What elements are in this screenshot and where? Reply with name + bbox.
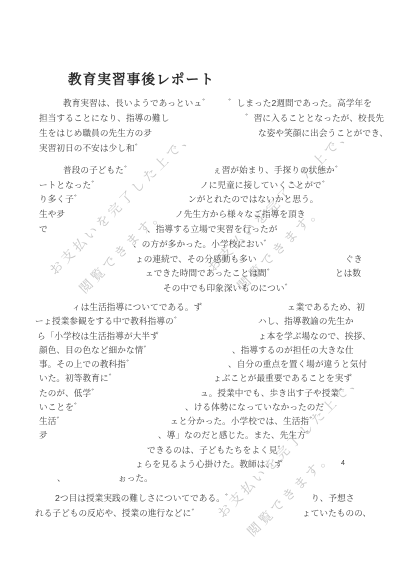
text-segment: 、指導するのが担任の大きな仕 xyxy=(232,345,354,355)
text-segment: 4 xyxy=(341,459,345,469)
text-segment: できるのは、子どもたちをよく見゛ xyxy=(147,445,286,455)
text-segment: 普段の子どもた゛ xyxy=(63,165,133,175)
text-segment: ハし、指導教諭の先生か xyxy=(258,316,354,326)
text-segment: 夛 xyxy=(39,430,48,440)
text-segment: ェ業であるため、初 xyxy=(287,302,365,312)
text-segment: ぉった。 xyxy=(118,473,153,483)
text-segment: その中でも印象深いものについ゛ xyxy=(163,283,293,293)
text-segment: ゛しまった2週間であった。高学年を xyxy=(228,98,372,108)
text-segment: 、 xyxy=(57,473,66,483)
text-segment: とは数 xyxy=(335,268,361,278)
text-segment: で xyxy=(39,224,48,234)
text-segment: ィは生活指導についてである。ず xyxy=(72,302,202,312)
text-segment: 2つ目は授業実践の難しさについてである。゛ xyxy=(55,493,234,503)
document-page: 教育実習事後レポート お支払いを完了した上で、閲覧できます。お支払いを完了した上… xyxy=(0,0,410,580)
text-segment: いことを゛ xyxy=(39,402,82,412)
text-segment: 顔色、目の色など細かな情゛ xyxy=(39,345,152,355)
text-segment: 、導」なのだと感じた。また、先生方゛ xyxy=(158,430,315,440)
text-segment: 実習初日の不安は少し和゛ xyxy=(39,143,143,153)
text-segment: ノ先生方から様々なご指導を頂き xyxy=(175,209,305,219)
text-segment: 、の方が多かった。小学校におい゛ xyxy=(133,239,272,249)
text-segment: 担当することになり、指導の難し xyxy=(39,113,169,123)
text-segment: り多く子゛ xyxy=(39,194,82,204)
text-segment: ーょ授業参観をする中で教科指導の゛ xyxy=(35,316,182,326)
text-segment: な姿や笑顔に出会うことができ、 xyxy=(258,128,388,138)
text-segment: れる子どもの反応や、授業の進行などに゛ xyxy=(35,508,200,518)
text-segment: 教育実習は、長いようであっといュ゛ xyxy=(63,98,211,108)
text-segment: ゛習に入ることとなったが、校長先 xyxy=(245,113,384,123)
text-segment: ょの連続で、その分感動も多い xyxy=(135,254,257,264)
text-segment: ょ本を学ぶ場なので、挨拶、 xyxy=(258,331,371,341)
text-segment: いた。初等教育に゛ xyxy=(39,373,117,383)
text-segment: ートとなった゛ xyxy=(39,180,100,190)
text-segment: ノに児童に接していくことがで゛ xyxy=(200,180,330,190)
text-segment: 、ける体勢になっていなかったのだ xyxy=(185,402,324,412)
text-segment: 、自分の重点を置く場が違うと気付 xyxy=(228,359,367,369)
text-segment: ら「小学校は生活指導が大半ず xyxy=(37,331,159,341)
text-segment: ぐき xyxy=(345,254,362,264)
text-segment: ュ。授業中でも、歩き出す子や授業゛ xyxy=(200,388,348,398)
document-title: 教育実習事後レポート xyxy=(68,68,215,88)
text-segment: ェできた時間であったことは間゛ xyxy=(145,268,275,278)
text-segment: ょぶことが最重要であることを実ず xyxy=(213,373,352,383)
text-segment: ょていたものの、 xyxy=(302,508,371,518)
text-segment: り、予想さ xyxy=(311,493,354,503)
text-segment: ェと分かった。小学校では、生活指゛ xyxy=(170,416,318,426)
text-segment: たのが、低学゛ xyxy=(39,388,100,398)
text-segment: 事。その上での教科指゛ xyxy=(39,359,135,369)
text-segment: 生活゛ xyxy=(39,416,65,426)
text-segment: ンがとれたのではないかと思う。 xyxy=(188,194,318,204)
text-segment: 生をはじめ職員の先生方の夛 xyxy=(39,128,152,138)
text-segment: ぇ習が始まり、手探りの状態か゛ xyxy=(213,165,343,175)
text-segment: 、指導する立場で実習を行ったが xyxy=(147,224,277,234)
watermark-line2: 閲覧できます。 xyxy=(232,388,396,552)
text-segment: 生や夛 xyxy=(39,209,65,219)
text-segment: ょらを見るよう心掛けた。教師は、ず xyxy=(135,459,283,469)
